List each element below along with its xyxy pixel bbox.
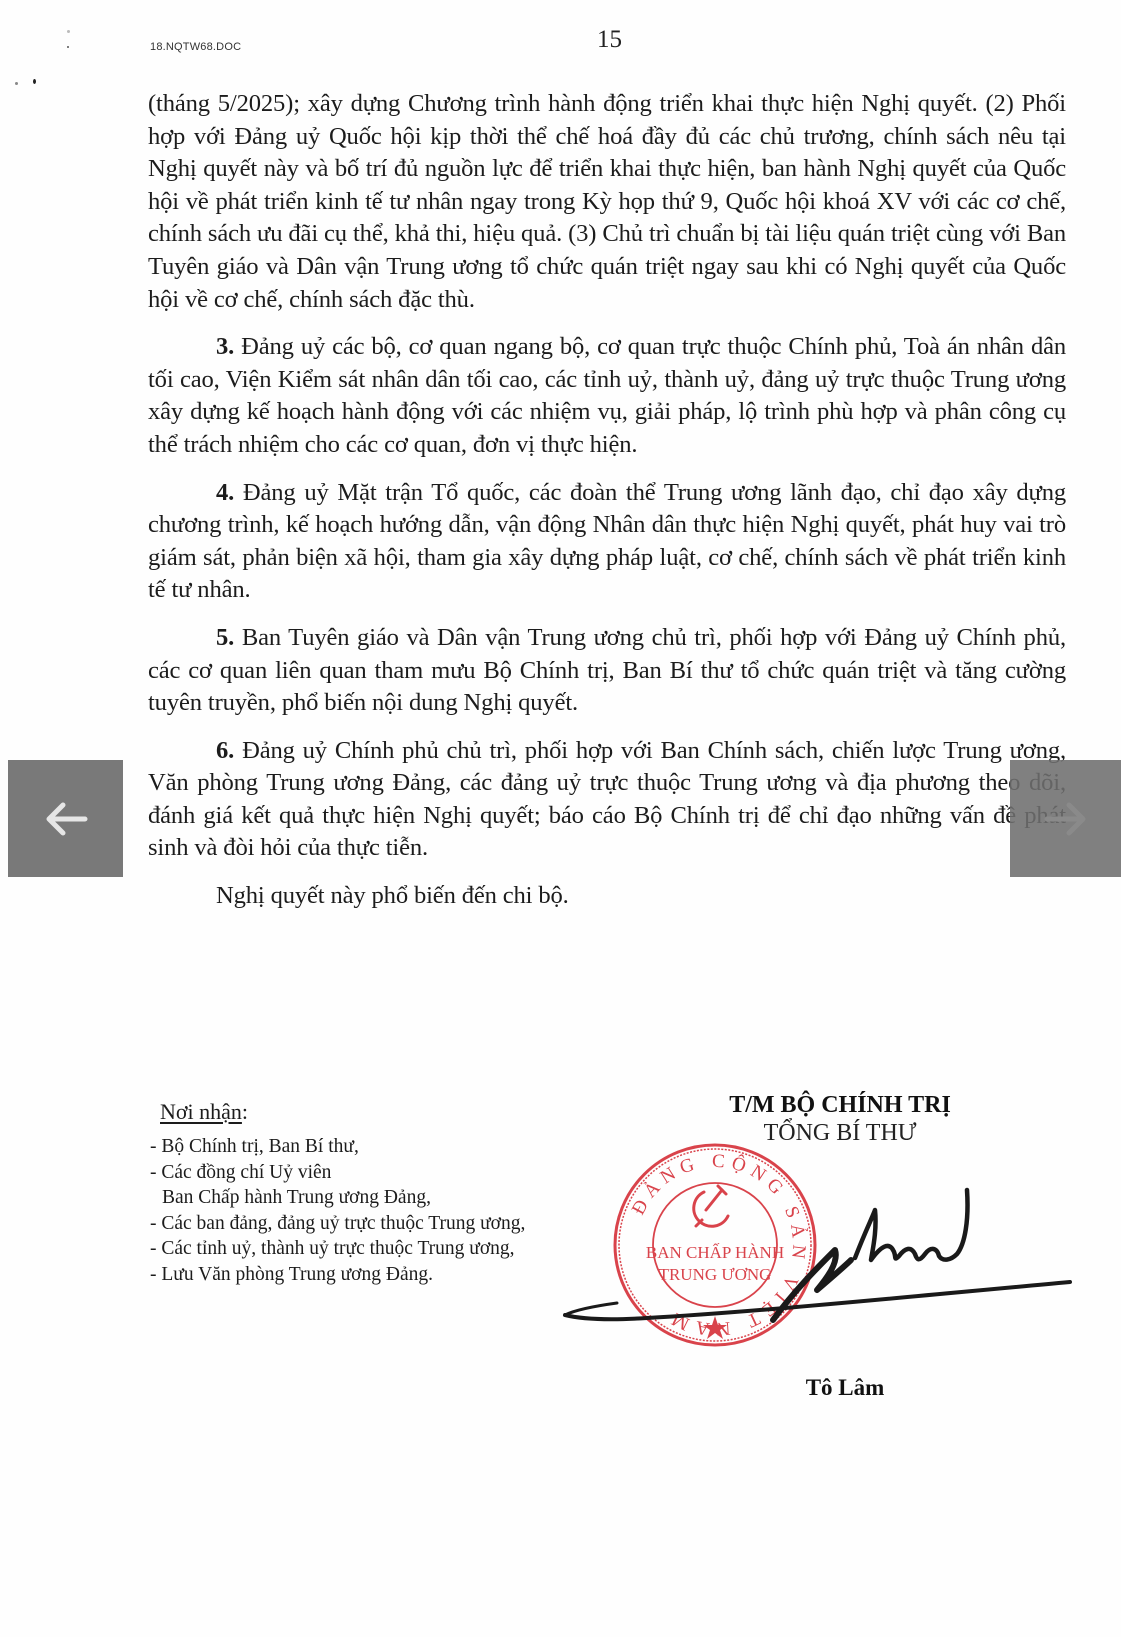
paragraph-item-4: 4. Đảng uỷ Mặt trận Tổ quốc, các đoàn th… (148, 477, 1066, 607)
paragraph-number: 5. (216, 624, 234, 651)
signature-header: T/M BỘ CHÍNH TRỊ TỔNG BÍ THƯ (690, 1090, 990, 1146)
paragraph-continuation: (tháng 5/2025); xây dựng Chương trình hà… (148, 88, 1066, 316)
recipients-title: Nơi nhận: (160, 1098, 525, 1126)
paragraph-text: Nghị quyết này phổ biến đến chi bộ. (216, 882, 569, 909)
document-body: (tháng 5/2025); xây dựng Chương trình hà… (148, 88, 1066, 913)
previous-page-button[interactable] (8, 760, 123, 877)
scan-speck (33, 79, 36, 84)
signer-name: Tô Lâm (720, 1375, 970, 1401)
paragraph-text: Đảng uỷ Mặt trận Tổ quốc, các đoàn thể T… (148, 479, 1066, 604)
recipient-item: - Các đồng chí Uỷ viên (150, 1160, 525, 1186)
next-page-button[interactable] (1010, 760, 1121, 877)
paragraph-number: 6. (216, 737, 234, 764)
paragraph-text: Ban Tuyên giáo và Dân vận Trung ương chủ… (148, 624, 1066, 716)
paragraph-text: Đảng uỷ các bộ, cơ quan ngang bộ, cơ qua… (148, 333, 1066, 458)
handwritten-signature (555, 1170, 1075, 1350)
recipient-item: - Các tỉnh uỷ, thành uỷ trực thuộc Trung… (150, 1236, 525, 1262)
recipients-block: Nơi nhận: - Bộ Chính trị, Ban Bí thư, - … (150, 1098, 525, 1287)
paragraph-item-5: 5. Ban Tuyên giáo và Dân vận Trung ương … (148, 622, 1066, 720)
paragraph-number: 3. (216, 333, 234, 360)
recipient-item: - Bộ Chính trị, Ban Bí thư, (150, 1134, 525, 1160)
paragraph-text: (tháng 5/2025); xây dựng Chương trình hà… (148, 90, 1066, 313)
recipient-item: - Lưu Văn phòng Trung ương Đảng. (150, 1262, 525, 1288)
paragraph-item-6: 6. Đảng uỷ Chính phủ chủ trì, phối hợp v… (148, 735, 1066, 865)
scan-speck (67, 30, 70, 33)
page-number: 15 (597, 26, 622, 54)
arrow-left-icon (43, 799, 89, 839)
signing-authority: T/M BỘ CHÍNH TRỊ (690, 1090, 990, 1120)
document-page: 18.NQTW68.DOC 15 (tháng 5/2025); xây dựn… (0, 0, 1121, 1637)
scan-speck (67, 46, 69, 48)
recipients-title-colon: : (242, 1098, 248, 1126)
recipient-item: - Các ban đảng, đảng uỷ trực thuộc Trung… (150, 1211, 525, 1237)
paragraph-text: Đảng uỷ Chính phủ chủ trì, phối hợp với … (148, 737, 1066, 862)
arrow-right-icon (1043, 799, 1089, 839)
document-file-code: 18.NQTW68.DOC (150, 41, 241, 53)
recipients-title-text: Nơi nhận (160, 1099, 242, 1124)
paragraph-item-3: 3. Đảng uỷ các bộ, cơ quan ngang bộ, cơ … (148, 331, 1066, 461)
paragraph-closing: Nghị quyết này phổ biến đến chi bộ. (148, 880, 1066, 913)
paragraph-number: 4. (216, 479, 234, 506)
recipients-list: - Bộ Chính trị, Ban Bí thư, - Các đồng c… (150, 1134, 525, 1287)
recipient-item-continuation: Ban Chấp hành Trung ương Đảng, (150, 1185, 525, 1211)
scan-speck (15, 82, 18, 85)
